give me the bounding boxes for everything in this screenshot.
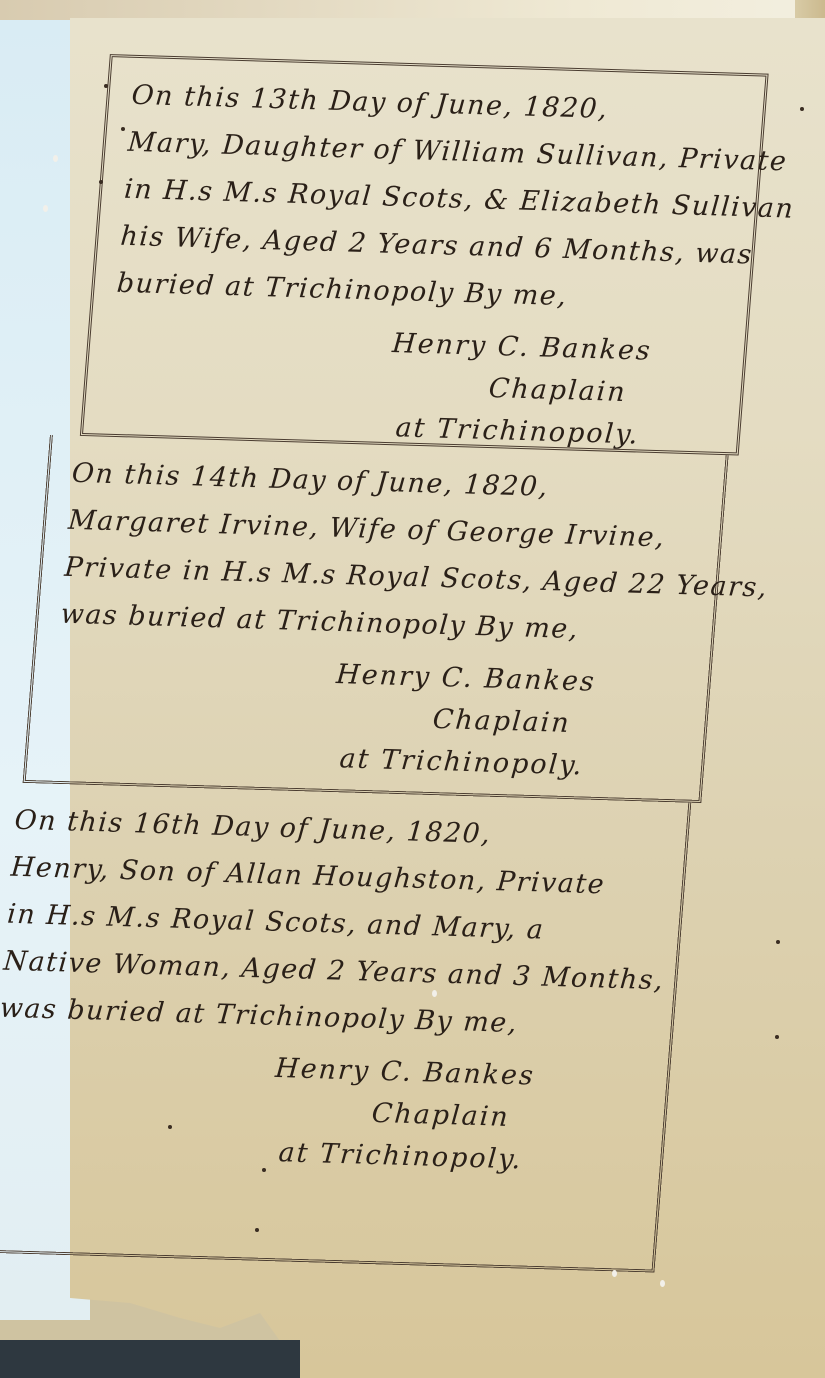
- burial-entry: On this 14th Day of June, 1820, Margaret…: [23, 435, 729, 803]
- pin-hole: [43, 205, 48, 212]
- ink-speck: [255, 1228, 259, 1232]
- ink-speck: [776, 940, 780, 944]
- ink-speck: [99, 180, 103, 184]
- ink-speck: [800, 107, 804, 111]
- table-surface: [0, 1340, 300, 1378]
- ink-speck: [262, 1168, 266, 1172]
- ink-speck: [104, 84, 108, 88]
- burial-entry: On this 13th Day of June, 1820, Mary, Da…: [80, 54, 769, 455]
- pin-hole: [53, 155, 58, 162]
- pin-hole: [660, 1280, 665, 1287]
- ink-speck: [775, 1035, 779, 1039]
- pin-hole: [432, 990, 437, 997]
- register-table: On this 13th Day of June, 1820, Mary, Da…: [0, 52, 799, 1296]
- ink-speck: [121, 127, 125, 131]
- pin-hole: [612, 1270, 617, 1277]
- ink-speck: [168, 1125, 172, 1129]
- burial-entry: On this 16th Day of June, 1820, Henry, S…: [0, 782, 691, 1273]
